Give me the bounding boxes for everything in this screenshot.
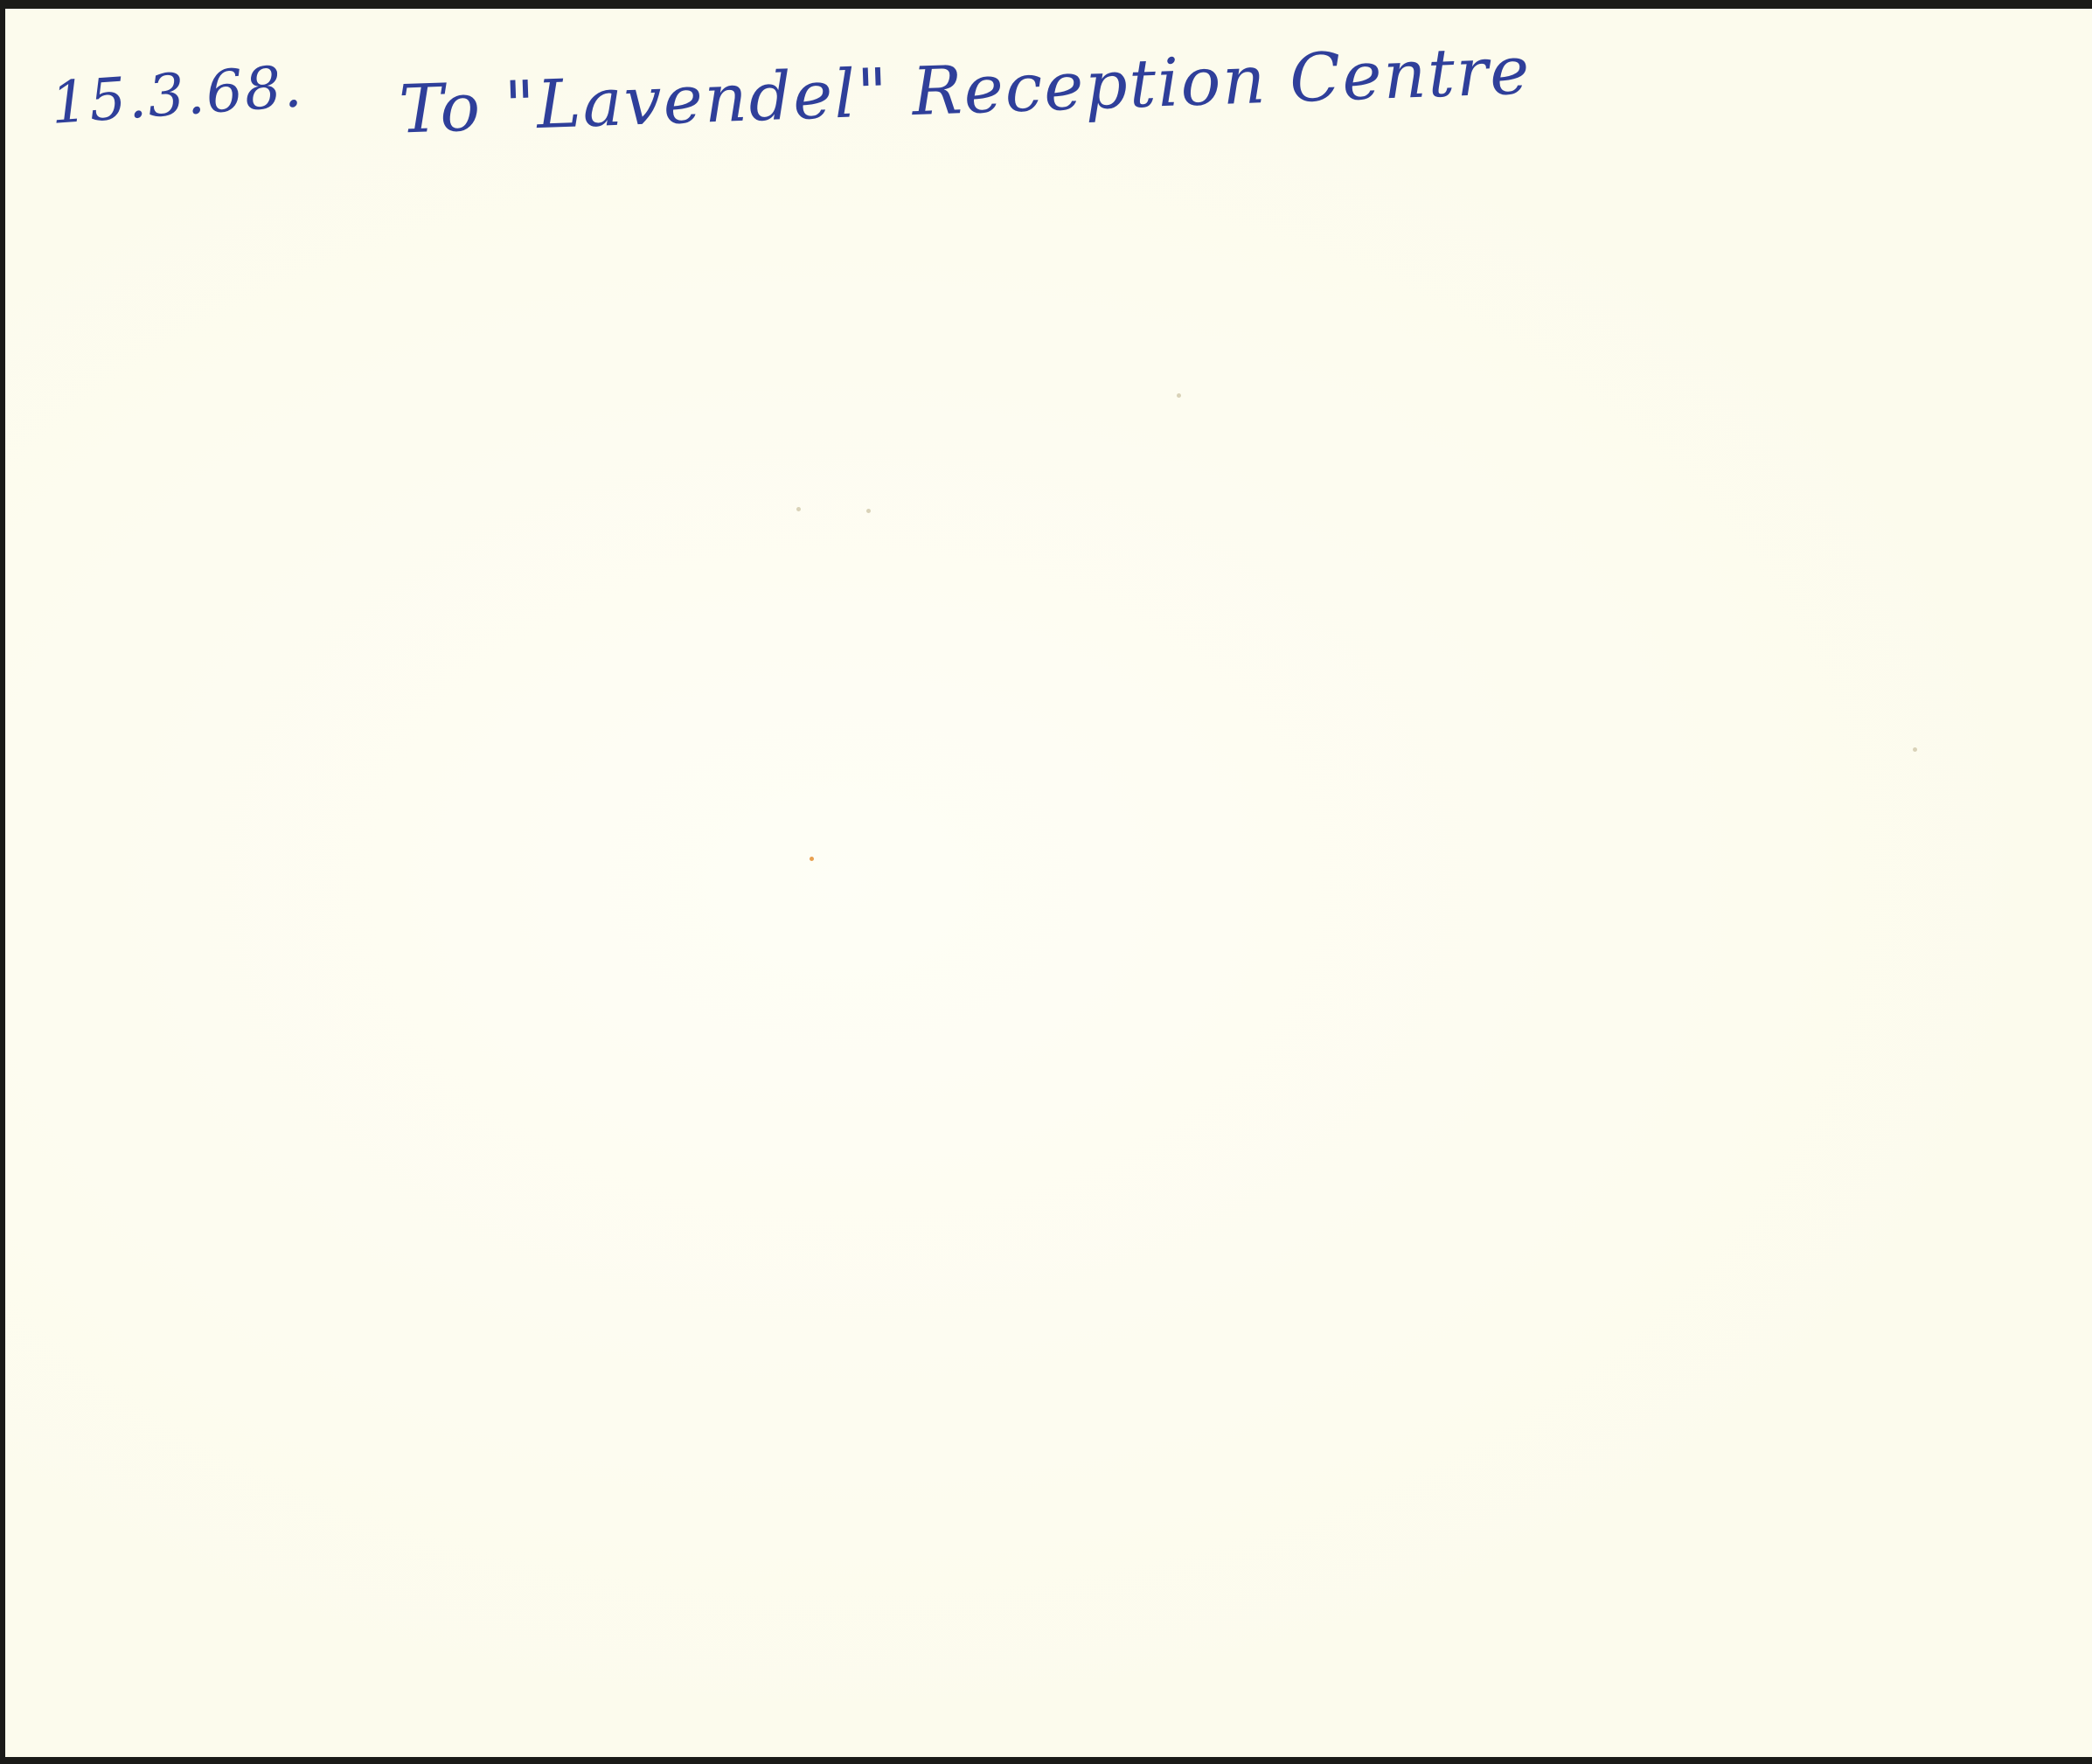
paper-speck (1177, 393, 1181, 398)
handwritten-date: 15.3.68. (49, 52, 306, 137)
paper-speck (796, 507, 801, 511)
card-back: 15.3.68. To "Lavendel" Reception Centre (5, 9, 2092, 1757)
paper-speck (810, 857, 814, 861)
paper-speck (866, 509, 871, 513)
handwritten-inscription: To "Lavendel" Reception Centre (398, 31, 1533, 148)
paper-speck (1913, 747, 1917, 752)
